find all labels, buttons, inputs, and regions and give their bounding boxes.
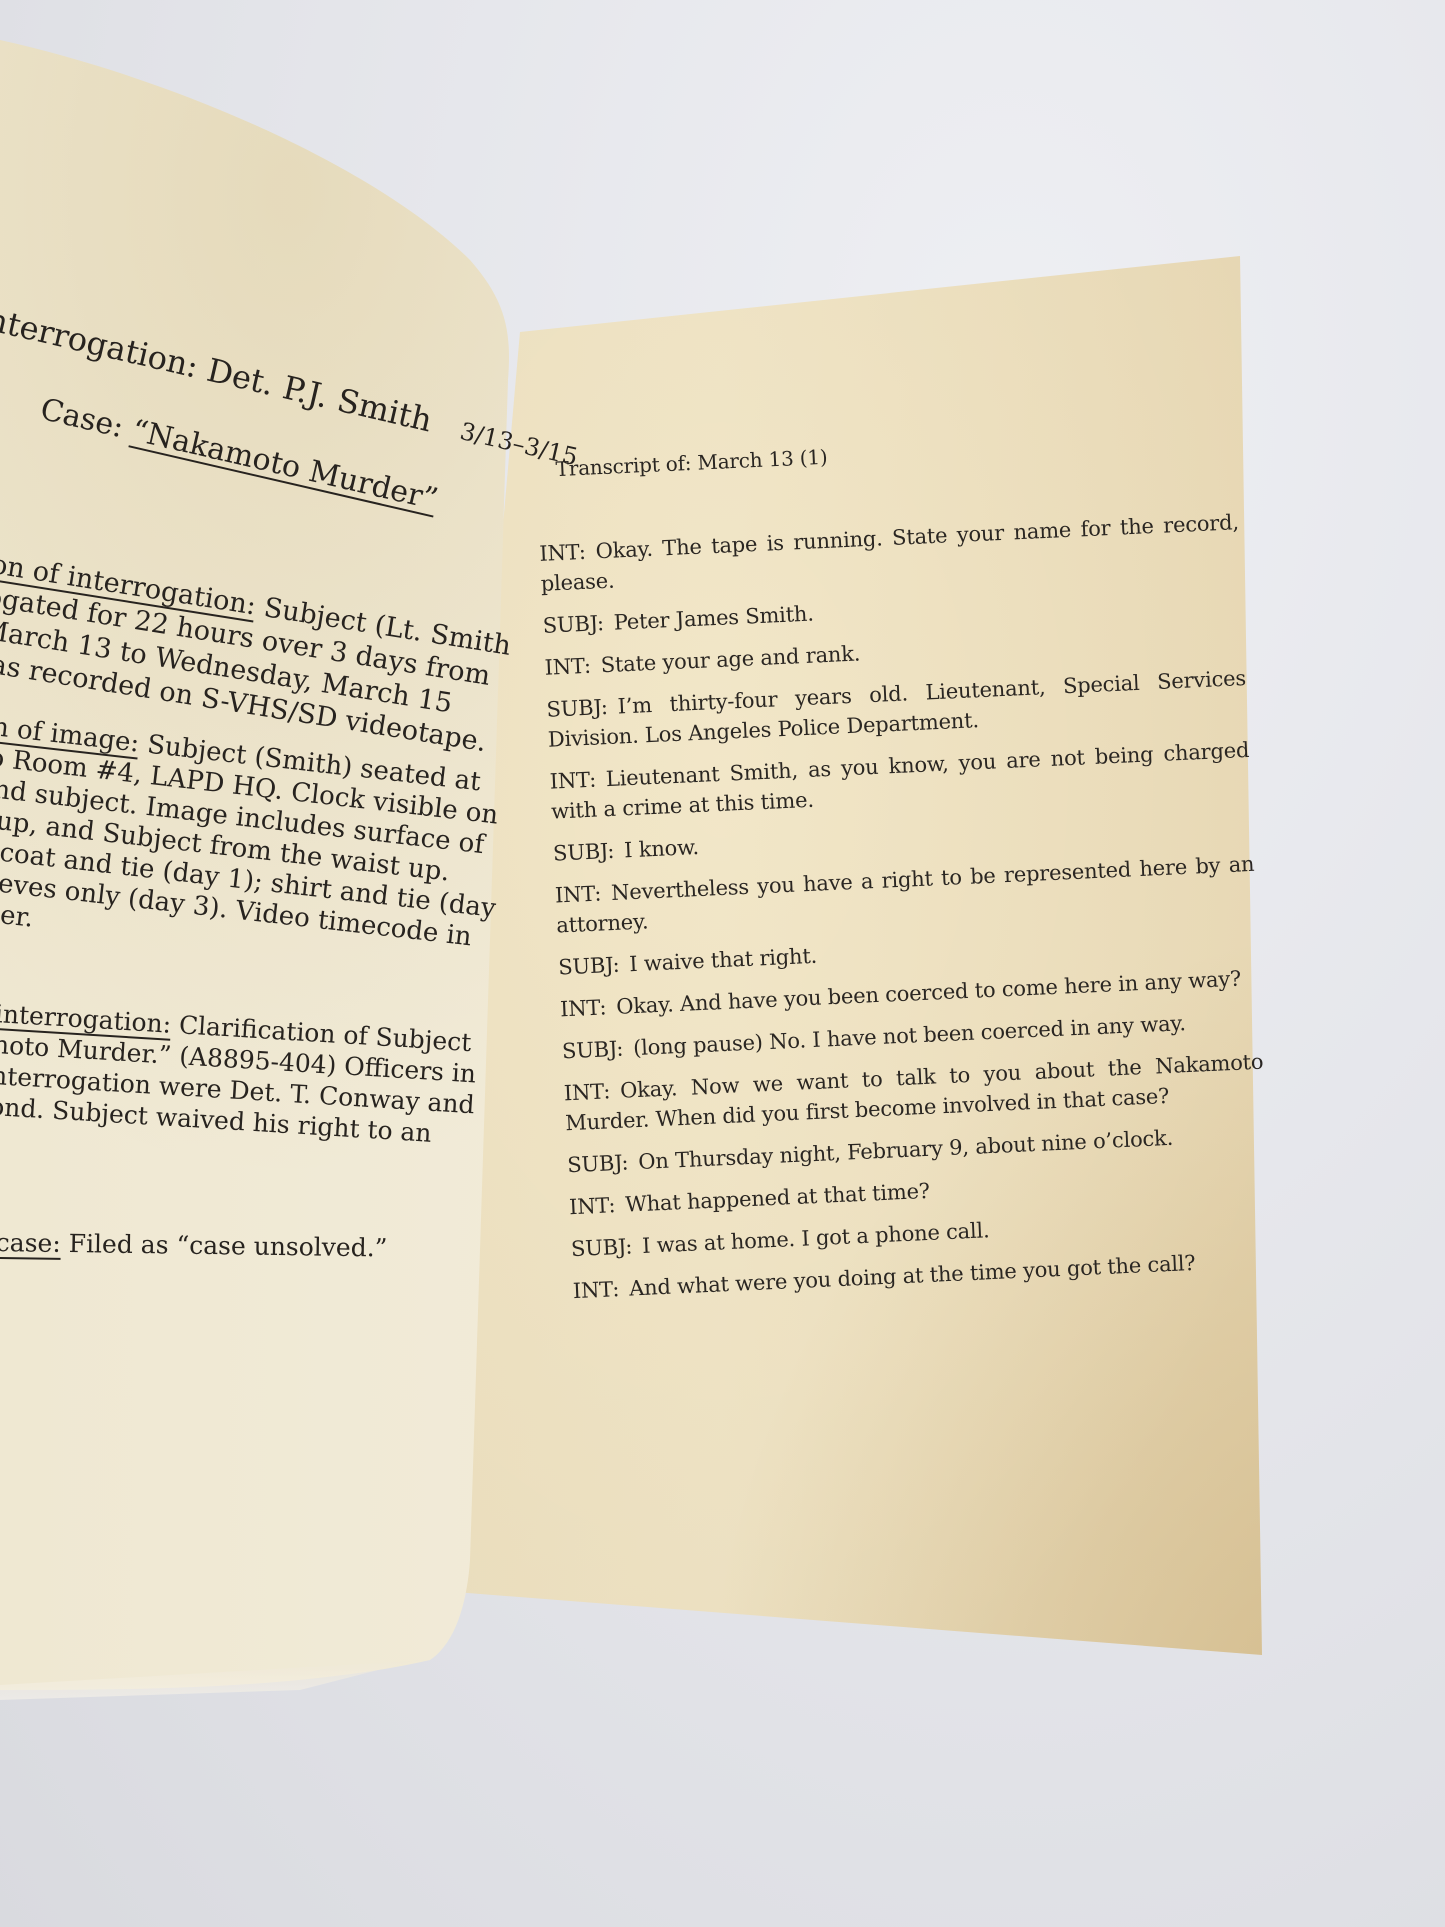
speaker-label: SUBJ: bbox=[562, 1037, 624, 1064]
speaker-label: INT: bbox=[544, 654, 591, 680]
speech-text: (long pause) No. I have not been coerced… bbox=[633, 1011, 1187, 1060]
speech-text: I know. bbox=[624, 835, 700, 862]
speech-text: I waive that right. bbox=[629, 944, 818, 976]
speaker-label: INT: bbox=[563, 1079, 610, 1105]
speaker-label: SUBJ: bbox=[546, 695, 608, 722]
speech-text: On Thursday night, February 9, about nin… bbox=[638, 1126, 1174, 1174]
speech-text: State your age and rank. bbox=[600, 641, 860, 677]
transcript-text: Transcript of: March 13 (1) INT:Okay. Th… bbox=[535, 423, 1273, 1318]
speaker-label: INT: bbox=[539, 540, 586, 566]
transcript-lines: INT:Okay. The tape is running. State you… bbox=[539, 507, 1273, 1306]
speaker-label: SUBJ: bbox=[558, 953, 620, 980]
speaker-label: INT: bbox=[572, 1277, 619, 1303]
speech-text: I was at home. I got a phone call. bbox=[642, 1218, 990, 1258]
disposition-label: case: bbox=[0, 1228, 61, 1258]
speaker-label: INT: bbox=[554, 881, 601, 907]
speaker-label: SUBJ: bbox=[542, 611, 604, 638]
speaker-label: INT: bbox=[549, 768, 596, 794]
disposition-value: Filed as “case unsolved.” bbox=[69, 1229, 388, 1262]
speech-text: And what were you doing at the time you … bbox=[629, 1251, 1196, 1301]
disposition-section: case: Filed as “case unsolved.” bbox=[0, 1228, 388, 1262]
speaker-label: SUBJ: bbox=[553, 839, 615, 866]
speaker-label: SUBJ: bbox=[567, 1151, 629, 1178]
speaker-label: INT: bbox=[560, 995, 607, 1021]
speech-text: What happened at that time? bbox=[625, 1179, 931, 1217]
speech-text: Peter James Smith. bbox=[613, 602, 814, 635]
speaker-label: INT: bbox=[569, 1193, 616, 1219]
speaker-label: SUBJ: bbox=[571, 1234, 633, 1261]
